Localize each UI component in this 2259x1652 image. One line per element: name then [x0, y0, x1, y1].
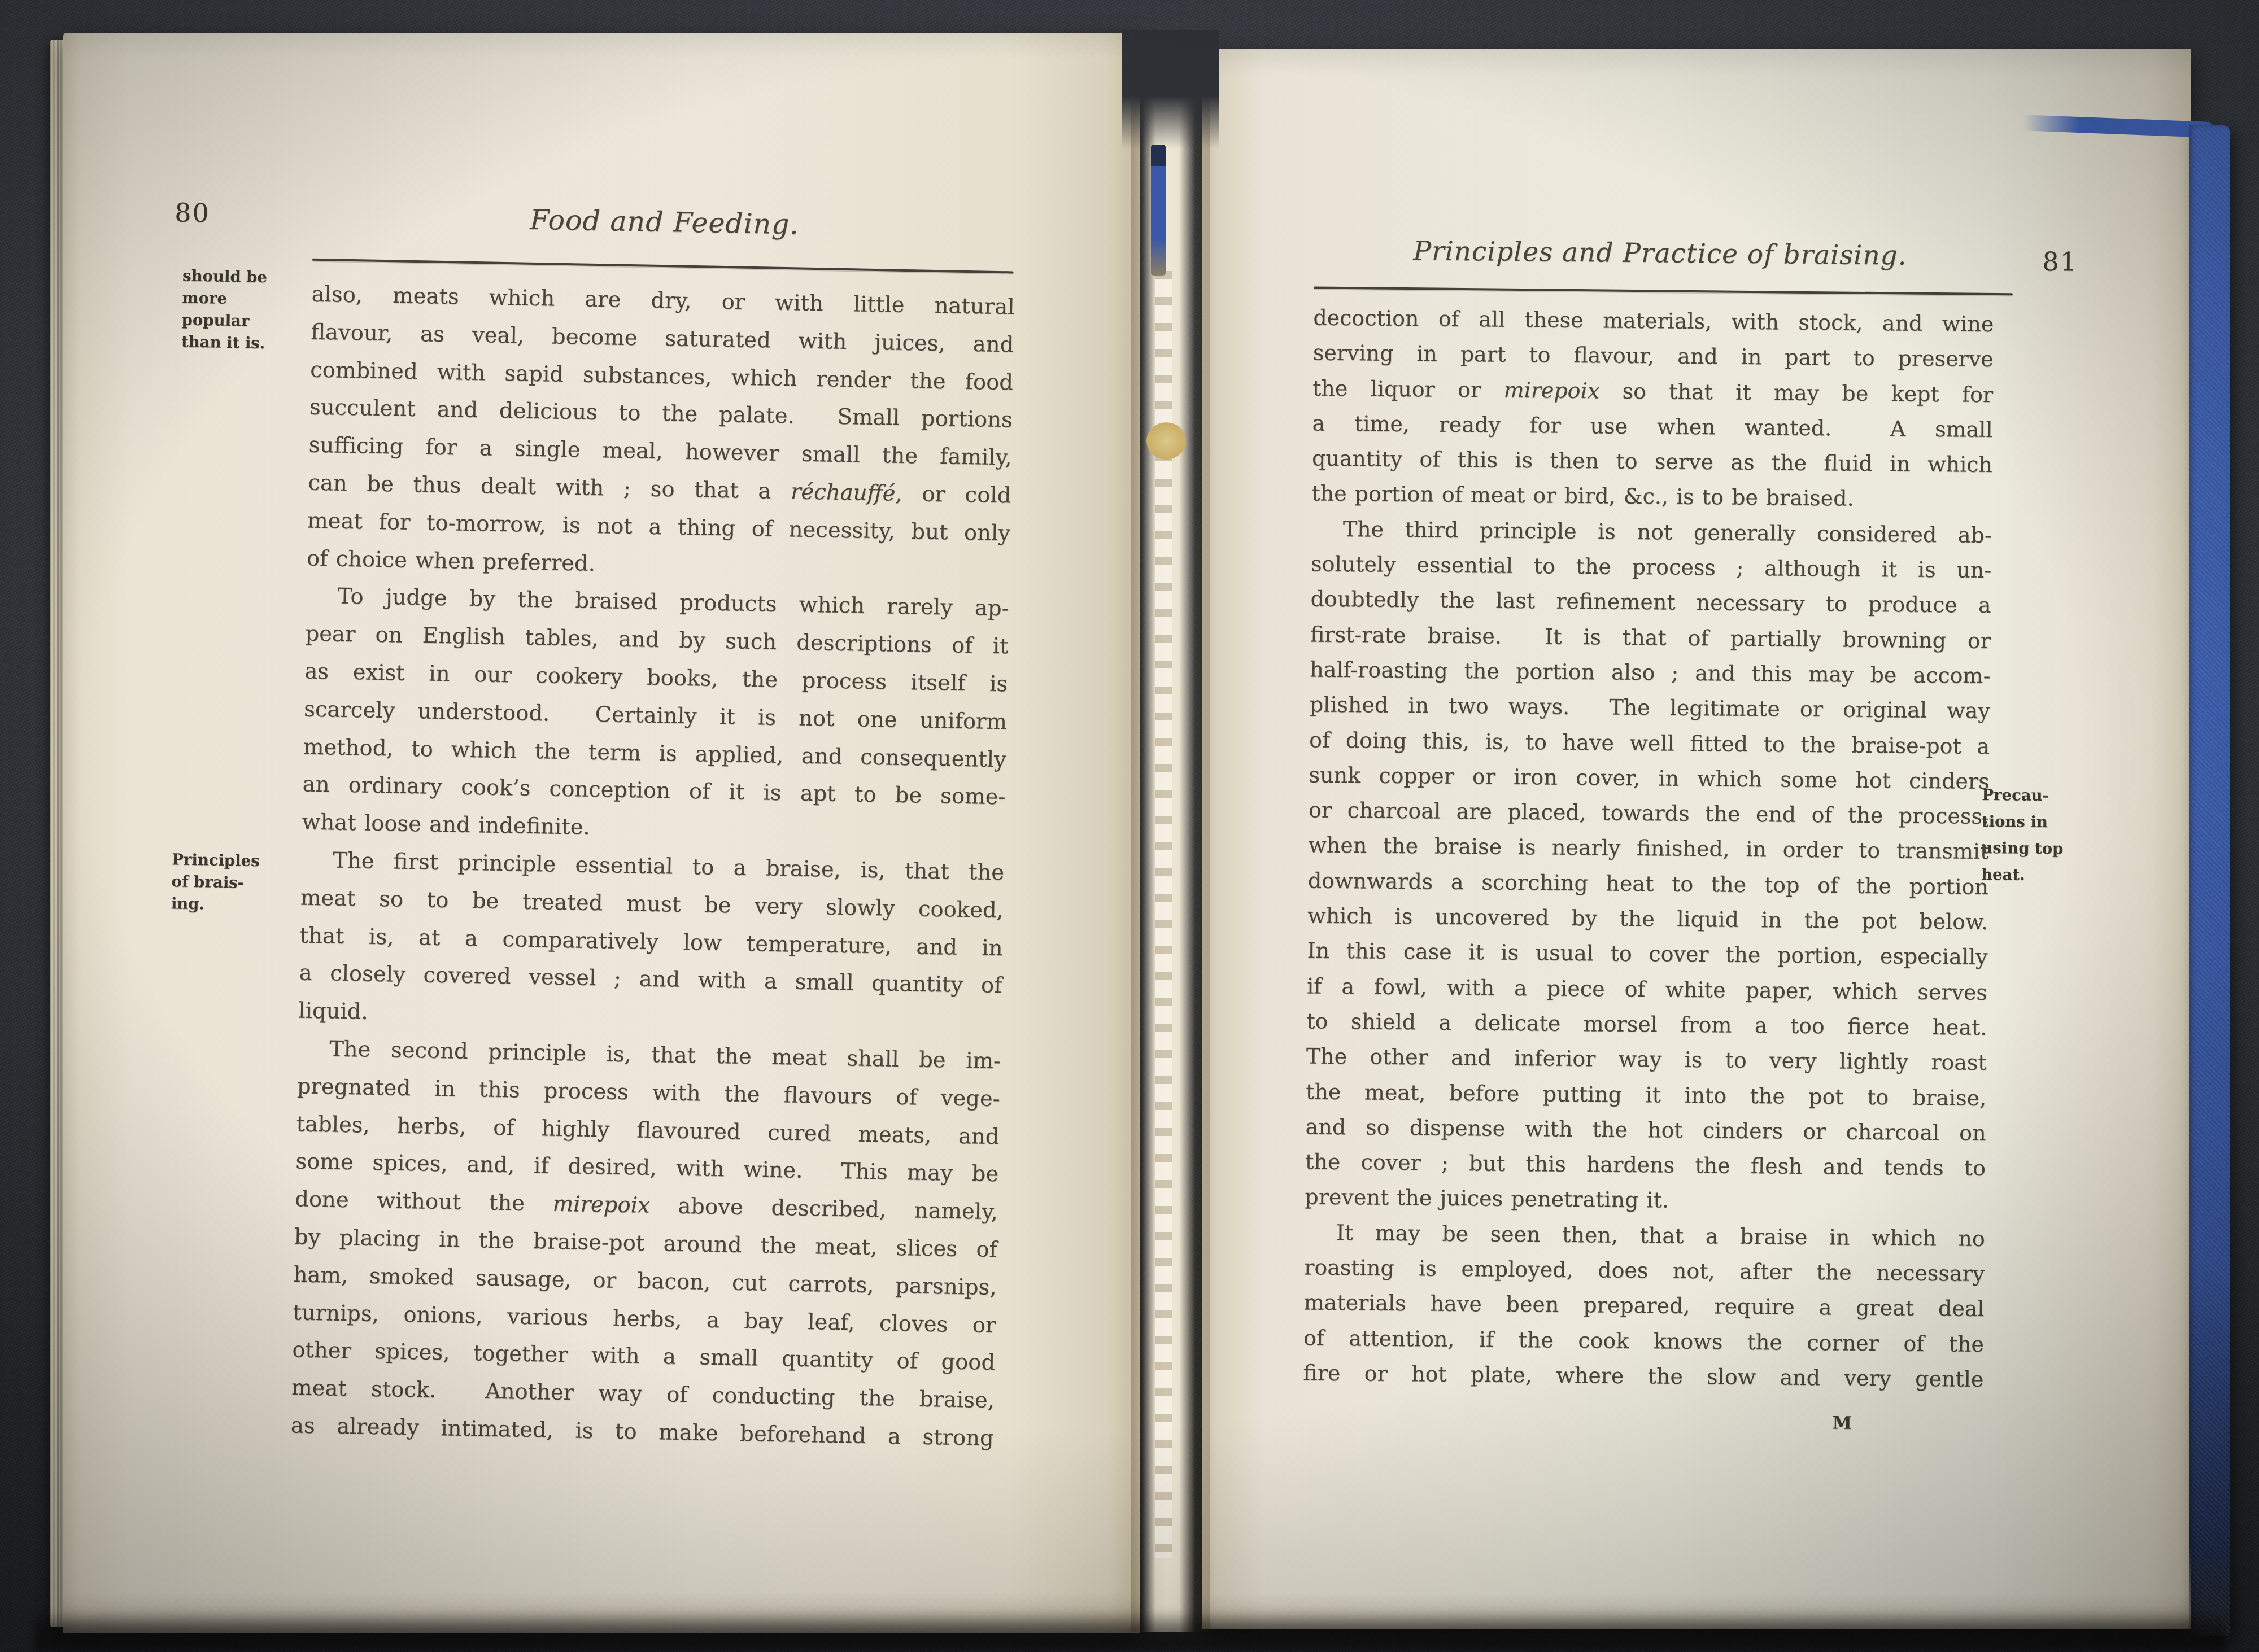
right-page-content: Principles and Practice of braising. 81 …	[1271, 223, 2188, 1626]
text-line: The third principle is not generally con…	[1311, 511, 1992, 553]
text-line: or charcoal are placed, towards the end …	[1309, 793, 1990, 834]
margin-note-line: tions in	[1982, 808, 2105, 836]
text-line: half-roasting the portion also ; and thi…	[1310, 652, 1991, 693]
margin-note-line: ing.	[171, 893, 291, 917]
margin-note-line: popular	[181, 309, 302, 333]
text-line: quantity of this is then to serve as the…	[1312, 441, 1993, 483]
left-page-number: 80	[175, 197, 211, 228]
margin-note-line: should be	[182, 265, 303, 289]
text-line: the portion of meat or bird, &c., is to …	[1311, 476, 1992, 518]
margin-note-line: more	[182, 287, 302, 311]
right-header-rule	[1314, 286, 2013, 295]
spine-blue-sliver	[1151, 145, 1166, 276]
text-line: downwards a scorching heat to the top of…	[1308, 863, 1989, 904]
text-line: The other and inferior way is to very li…	[1306, 1039, 1987, 1081]
text-line: of doing this, is, to have well fitted t…	[1309, 722, 1990, 764]
text-line: of attention, if the cook knows the corn…	[1303, 1320, 1985, 1362]
text-line: and so dispense with the hot cinders or …	[1305, 1109, 1986, 1151]
right-page-number: 81	[2042, 246, 2078, 277]
blue-cover-edge	[2189, 125, 2230, 1636]
left-running-header: Food and Feeding.	[313, 200, 1017, 245]
text-line: the cover ; but this hardens the flesh a…	[1305, 1144, 1986, 1186]
text-line: if a fowl, with a piece of white paper, …	[1307, 968, 1988, 1010]
margin-note-line: than it is.	[181, 331, 302, 355]
text-line: serving in part to flavour, and in part …	[1312, 335, 1994, 377]
margin-note-line: Principles	[172, 849, 292, 873]
margin-note-line: using top	[1981, 835, 2104, 863]
page-gutter	[1131, 34, 1210, 1632]
signature-mark: M	[1832, 1413, 1852, 1433]
text-line: the meat, before putting it into the pot…	[1306, 1074, 1987, 1116]
margin-note-line: of brais-	[171, 871, 291, 895]
text-line: prevent the juices penetrating it.	[1305, 1179, 1986, 1221]
text-line: the liquor or mirepoix so that it may be…	[1312, 370, 1994, 412]
book-photo: 80 Food and Feeding. should bemorepopula…	[0, 0, 2259, 1652]
text-line: solutely essential to the process ; alth…	[1311, 547, 1992, 588]
text-line: sunk copper or iron cover, in which some…	[1309, 757, 1990, 799]
spine-wax-spot	[1146, 422, 1186, 460]
text-line: doubtedly the last refinement necessary …	[1310, 582, 1991, 623]
text-line: plished in two ways. The legitimate or o…	[1310, 687, 1991, 729]
text-line: roasting is employed, does not, after th…	[1304, 1249, 1985, 1291]
margin-note-principles: Principlesof brais-ing.	[171, 849, 291, 917]
right-running-header: Principles and Practice of braising.	[1312, 234, 2007, 272]
text-line: decoction of all these materials, with s…	[1313, 300, 1994, 342]
text-line: first-rate braise. It is that of partial…	[1310, 617, 1991, 658]
text-line: a time, ready for use when wanted. A sma…	[1312, 405, 1993, 447]
text-line: which is uncovered by the liquid in the …	[1307, 898, 1988, 939]
margin-note-precautions: Precau-tions inusing topheat.	[1981, 782, 2105, 889]
text-line: materials have been prepared, require a …	[1303, 1285, 1985, 1327]
margin-note-line: Precau-	[1982, 782, 2105, 810]
text-line: It may be seen then, that a braise in wh…	[1305, 1214, 1986, 1256]
text-line: In this case it is usual to cover the po…	[1307, 933, 1988, 975]
gutter-top-gap	[1122, 30, 1219, 149]
left-header-rule	[312, 259, 1014, 274]
margin-note-popularity: should bemorepopularthan it is.	[181, 265, 303, 355]
text-line: to shield a delicate morsel from a too f…	[1306, 1003, 1987, 1045]
margin-note-line: heat.	[1981, 862, 2104, 889]
gutter-stitching	[1155, 271, 1172, 1558]
left-page-content: 80 Food and Feeding. should bemorepopula…	[144, 189, 1039, 1599]
left-body-text: also, meats which are dry, or with littl…	[290, 276, 1015, 1458]
text-line: fire or hot plate, where the slow and ve…	[1303, 1355, 1984, 1397]
text-line: when the braise is nearly finished, in o…	[1308, 828, 1989, 869]
right-body-text: decoction of all these materials, with s…	[1303, 300, 1994, 1397]
